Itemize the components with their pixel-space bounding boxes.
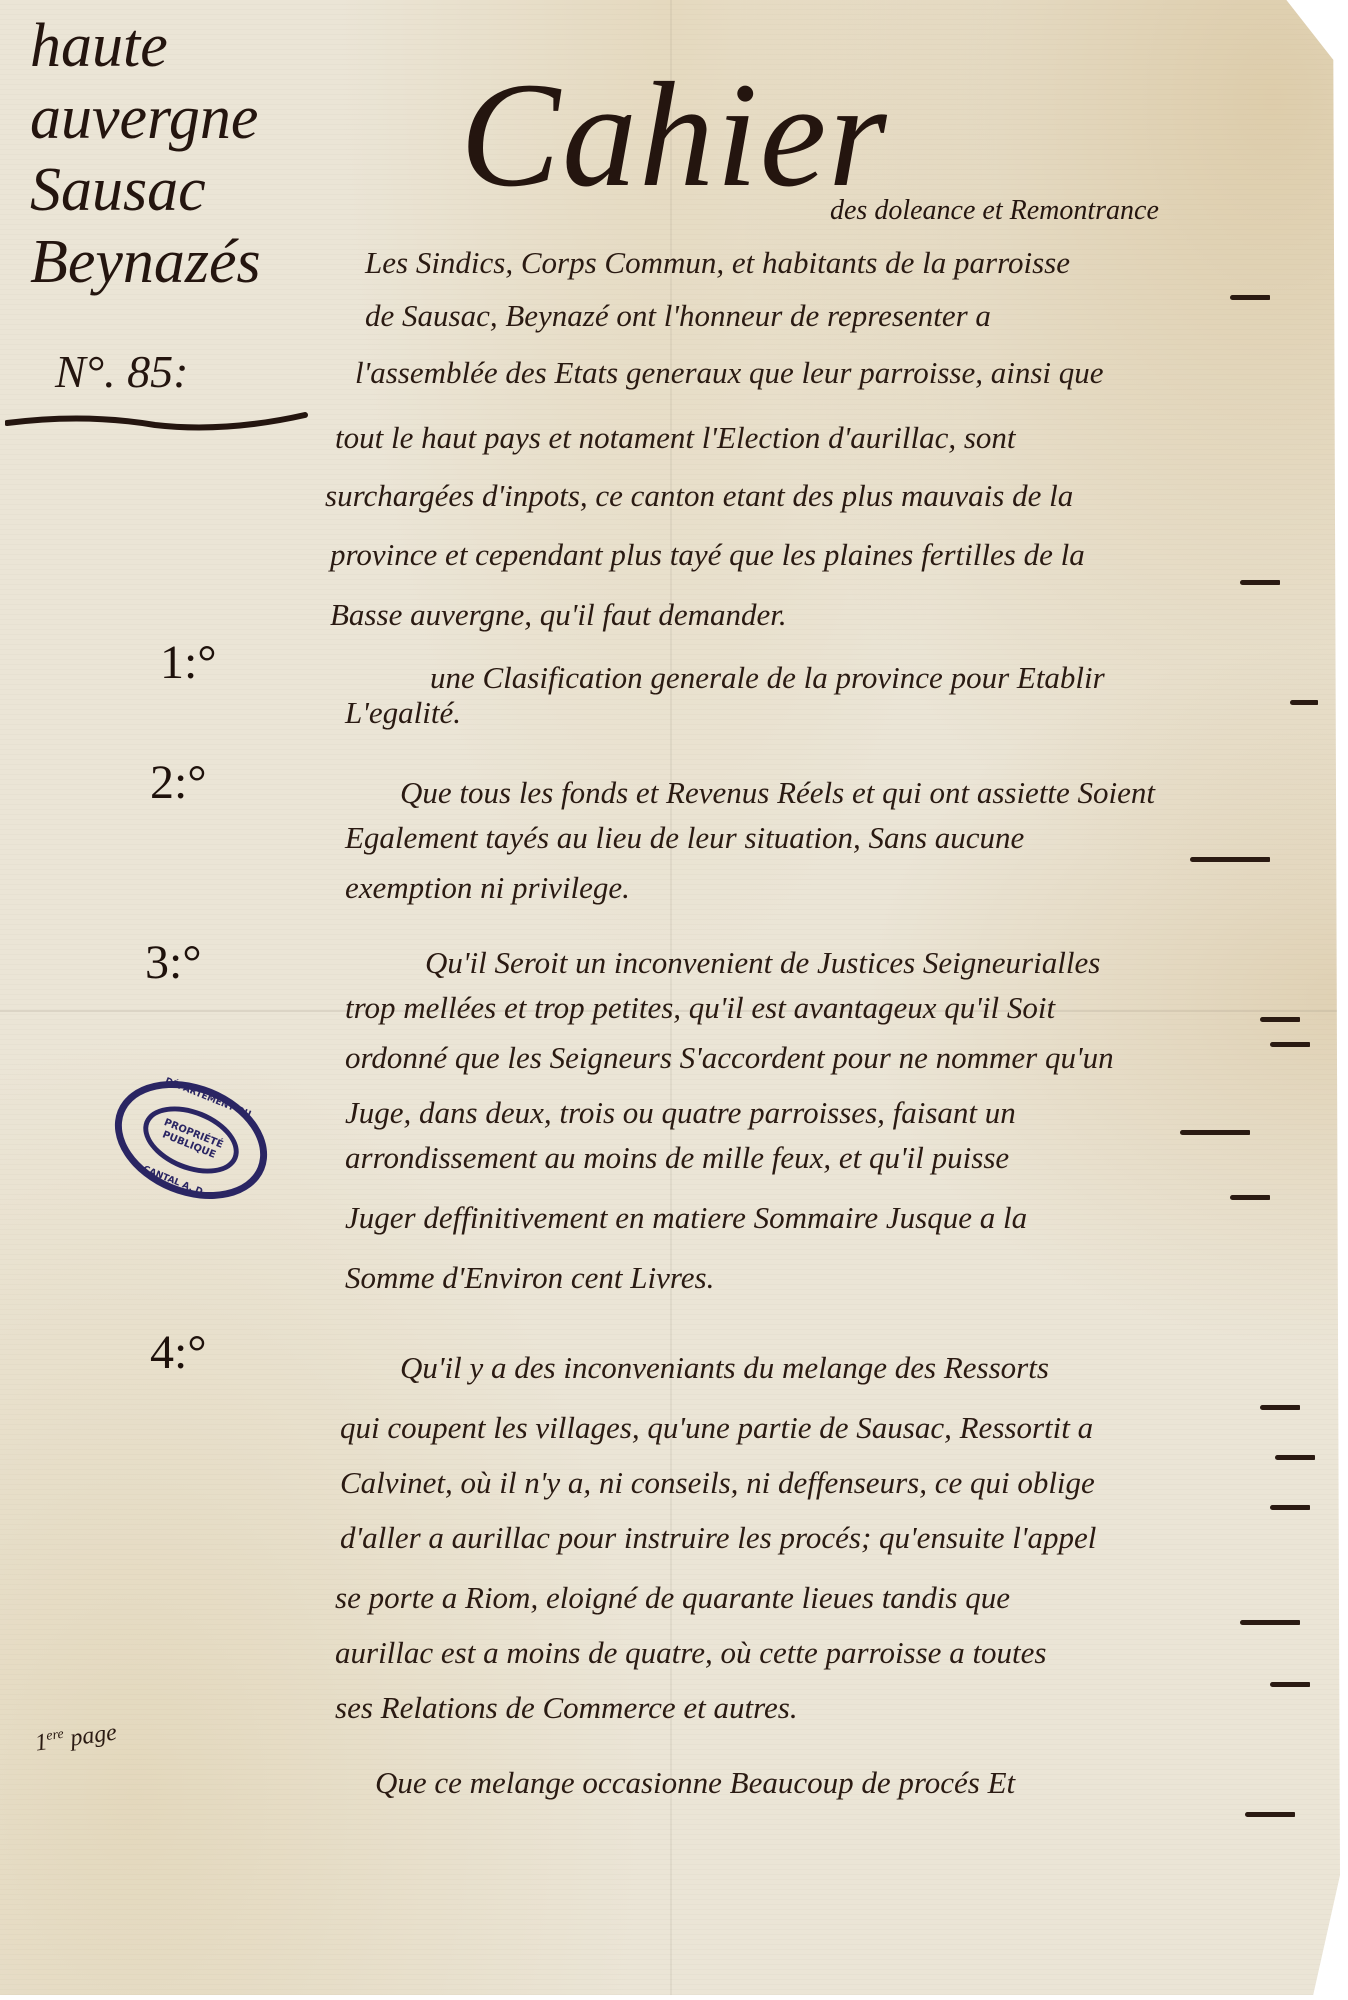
article-line: L'egalité. [345,695,461,731]
line-filler-dash [1240,580,1280,585]
article-line: Somme d'Environ cent Livres. [345,1260,714,1296]
article-line: d'aller a aurillac pour instruire les pr… [340,1520,1096,1556]
margin-heading-line: auvergne [30,82,360,154]
article-line: Egalement tayés au lieu de leur situatio… [345,820,1024,856]
article-line: ses Relations de Commerce et autres. [335,1690,798,1726]
line-filler-dash [1190,857,1270,862]
preamble-line: Basse auvergne, qu'il faut demander. [330,597,787,633]
margin-heading: haute auvergne Sausac Beynazés [30,10,360,298]
article-numeral: 1:° [160,635,217,690]
line-filler-dash [1290,700,1318,705]
closing-line: Que ce melange occasionne Beaucoup de pr… [375,1765,1015,1801]
margin-heading-line: haute [30,10,360,82]
preamble-line: de Sausac, Beynazé ont l'honneur de repr… [365,298,991,334]
article-line: qui coupent les villages, qu'une partie … [340,1410,1093,1446]
margin-heading-line: Sausac [30,154,360,226]
article-line: arrondissement au moins de mille feux, e… [345,1140,1009,1176]
page-number-note: 1ere page [34,1719,119,1757]
flourish-underline-icon [5,405,315,435]
article-line: trop mellées et trop petites, qu'il est … [345,990,1055,1026]
manuscript-page: haute auvergne Sausac Beynazés N°. 85: C… [0,0,1340,1995]
article-line: ordonné que les Seigneurs S'accordent po… [345,1040,1114,1076]
article-numeral: 2:° [150,755,207,810]
preamble-line: Les Sindics, Corps Commun, et habitants … [365,245,1070,281]
line-filler-dash [1275,1455,1315,1460]
page-note-suffix: page [69,1719,119,1751]
line-filler-dash [1230,295,1270,300]
article-line: Juge, dans deux, trois ou quatre parrois… [345,1095,1016,1131]
article-line: Qu'il y a des inconveniants du melange d… [400,1350,1049,1386]
line-filler-dash [1240,1620,1300,1625]
line-filler-dash [1230,1195,1270,1200]
document-title: Cahier [460,60,889,210]
article-numeral: 3:° [145,935,202,990]
preamble-line: surchargées d'inpots, ce canton etant de… [325,478,1073,514]
article-line: Qu'il Seroit un inconvenient de Justices… [425,945,1100,981]
line-filler-dash [1270,1042,1310,1047]
line-filler-dash [1260,1017,1300,1022]
article-line: se porte a Riom, eloigné de quarante lie… [335,1580,1010,1616]
document-subtitle: des doleance et Remontrance [830,195,1159,227]
archive-stamp: DÉPARTEMENT DU PROPRIÉTÉ PUBLIQUE CANTAL… [97,1059,285,1220]
article-line: aurillac est a moins de quatre, où cette… [335,1635,1047,1671]
page-note-sup: ere [45,1727,64,1744]
line-filler-dash [1270,1682,1310,1687]
margin-heading-line: Beynazés [30,226,360,298]
article-line: exemption ni privilege. [345,870,630,906]
article-numeral: 4:° [150,1325,207,1380]
line-filler-dash [1270,1505,1310,1510]
preamble-line: tout le haut pays et notament l'Election… [335,420,1016,456]
line-filler-dash [1260,1405,1300,1410]
line-filler-dash [1180,1130,1250,1135]
document-number: N°. 85: [55,345,188,398]
article-line: Juger deffinitivement en matiere Sommair… [345,1200,1027,1236]
line-filler-dash [1245,1812,1295,1817]
article-line: Que tous les fonds et Revenus Réels et q… [400,775,1155,811]
preamble-line: l'assemblée des Etats generaux que leur … [355,355,1104,391]
article-line: Calvinet, où il n'y a, ni conseils, ni d… [340,1465,1095,1501]
article-line: une Clasification generale de la provinc… [430,660,1105,696]
preamble-line: province et cependant plus tayé que les … [330,537,1085,573]
